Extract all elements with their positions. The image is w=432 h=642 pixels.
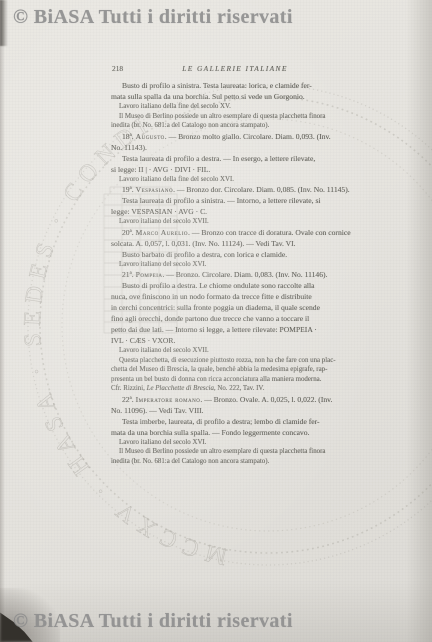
note-line: Lavoro italiano del secolo XVII. — [111, 217, 359, 227]
footnote-line: presenta un bel busto di donna con ricca… — [111, 375, 359, 385]
entry-line: mata da una borchia sulla spalla. — Fond… — [111, 427, 359, 438]
entry-line: Testa imberbe, laureata, di profilo a de… — [111, 416, 359, 427]
entry-line: fino agli orecchi, donde partono due tre… — [111, 313, 359, 324]
entry-heading-text: . — Bronzo con tracce di doratura. Ovale… — [188, 228, 351, 237]
note-line: Lavoro italiano del secolo XVI. — [111, 438, 359, 448]
scanned-book-page: MCCXV · HASA · SEDES · CONDI 218 LE GALL… — [0, 0, 432, 642]
entry-heading-text: . — Bronzo molto giallo. Circolare. Diam… — [165, 132, 331, 141]
entry-line: Testa laureata di profilo a sinistra. — … — [111, 195, 359, 206]
entry-line: si legge: II | · AVG · DIVI · FIL. — [111, 164, 359, 175]
copyright-watermark-top: © BiASA Tutti i diritti riservati — [13, 6, 293, 29]
entry-line: in cerchi concentrici: sulla fronte pogg… — [111, 302, 359, 313]
footnote-line: chetta del Museo di Brescia, la quale, b… — [111, 365, 359, 375]
entry-heading-text: . — Bronzo. Circolare. Diam. 0,083. (Inv… — [163, 270, 328, 279]
entry-number: 18ª. — [122, 132, 134, 141]
intro-line: Busto di profilo a sinistra. Testa laure… — [111, 80, 359, 91]
footnote-line: Questa placchetta, di esecuzione piuttos… — [111, 356, 359, 366]
page-text-column: 218 LE GALLERIE ITALIANE Busto di profil… — [111, 63, 359, 466]
note-line: Lavoro italiano della fine del secolo XV… — [111, 175, 359, 185]
note-line: Il Museo di Berlino possiede un altro es… — [111, 112, 359, 122]
entry-heading: 19ª.Vespasiano. — Bronzo dor. Circolare.… — [111, 184, 359, 195]
entry-line: Busto di profilo a destra. Le chiome ond… — [111, 280, 359, 291]
running-title: LE GALLERIE ITALIANE — [182, 64, 287, 73]
note-line: Lavoro italiano della fine del secolo XV… — [111, 102, 359, 112]
intro-line: mata sulla spalla da una borchia. Sul pe… — [111, 91, 359, 102]
entry-name: Pompeia — [136, 270, 163, 279]
entry-line: nuca, ove finiscono in un nodo formato d… — [111, 291, 359, 302]
footnote-ref-post: , No. 222, Tav. IV. — [214, 385, 264, 392]
entry-heading: 20ª.Marco Aurelio. — Bronzo con tracce d… — [111, 227, 359, 238]
footnote-ref-title: Le Placchette di Brescia — [147, 385, 214, 392]
entry-line: IVL · CÆS · VXOR. — [111, 335, 359, 346]
entry-number: 22ª. — [122, 395, 134, 404]
entry-heading: 21ª.Pompeia. — Bronzo. Circolare. Diam. … — [111, 269, 359, 280]
entry-number: 21ª. — [122, 270, 134, 279]
entry-number: 19ª. — [122, 185, 134, 194]
page-header: 218 LE GALLERIE ITALIANE — [111, 63, 359, 74]
scan-edge-top-left — [0, 0, 8, 46]
entry-line: Testa laureata di profilo a destra. — In… — [111, 153, 359, 164]
note-line: inedita (br. No. 681:a del Catalogo non … — [111, 457, 359, 467]
footnote-ref-pre: Cfr. Rizzini, — [111, 385, 147, 392]
page-number: 218 — [112, 63, 123, 74]
entry-line: No. 11096). — Vedi Tav. VIII. — [111, 405, 359, 416]
entry-line: legge: VESPASIAN · AVG · C. — [111, 206, 359, 217]
entry-line: petto dai due lati. — Intorno si legge, … — [111, 324, 359, 335]
entry-line: solcata. A. 0,057, l. 0,031. (Inv. No. 1… — [111, 238, 359, 249]
note-line: Lavoro italiano del secolo XVI. — [111, 260, 359, 270]
entry-heading-text: . — Bronzo dor. Circolare. Diam. 0,085. … — [173, 185, 350, 194]
note-line: Lavoro italiano del secolo XVII. — [111, 346, 359, 356]
entry-name: Vespasiano — [136, 185, 174, 194]
scan-left-edge — [0, 0, 5, 642]
entry-heading: 18ª.Augusto. — Bronzo molto giallo. Circ… — [111, 131, 359, 142]
entry-line: Busto barbato di profilo a destra, con l… — [111, 249, 359, 260]
entry-name: Augusto — [136, 132, 165, 141]
copyright-watermark-bottom: © BiASA Tutti i diritti riservati — [13, 610, 293, 633]
footnote-reference: Cfr. Rizzini, Le Placchette di Brescia, … — [111, 384, 359, 394]
entry-line: No. 11143). — [111, 142, 359, 153]
entry-number: 20ª. — [122, 228, 134, 237]
entry-heading: 22ª.Imperatore romano. — Bronzo. Ovale. … — [111, 394, 359, 405]
note-line: inedita (br. No. 681:a del Catalogo non … — [111, 121, 359, 131]
note-line: Il Museo di Berlino possiede un altro es… — [111, 447, 359, 457]
entry-name: Imperatore romano — [136, 395, 201, 404]
entry-name: Marco Aurelio — [136, 228, 188, 237]
entry-heading-text: . — Bronzo. Ovale. A. 0,025, l. 0,022. (… — [200, 395, 332, 404]
